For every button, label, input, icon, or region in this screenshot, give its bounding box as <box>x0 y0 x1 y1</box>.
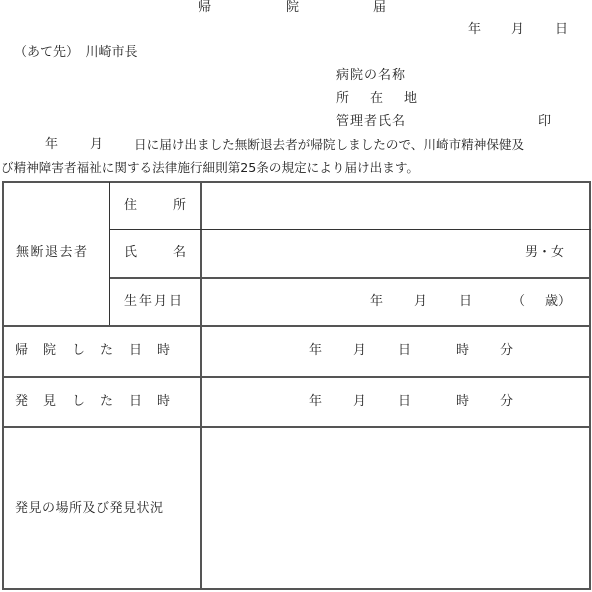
sex-options[interactable]: 男・女 <box>525 245 564 261</box>
month-label: 月 <box>511 22 524 38</box>
return-datetime-field[interactable] <box>203 327 589 375</box>
label-char: 見 <box>43 394 56 410</box>
label-char: 発 <box>15 394 28 410</box>
day-label: 日 <box>555 22 568 38</box>
label-char: し <box>72 343 85 359</box>
year-label: 年 <box>468 22 481 38</box>
address-label-char: 住 <box>124 198 137 214</box>
month-label: 月 <box>353 394 366 410</box>
address-label-char: 所 <box>173 198 186 214</box>
hour-label: 時 <box>456 343 469 359</box>
body-text-line2: び精神障害者福祉に関する法律施行細則第25条の規定により届け出ます。 <box>1 160 419 176</box>
label-char: 在 <box>370 91 383 107</box>
label-char: 院 <box>43 343 56 359</box>
hospital-name-label: 病院の名称 <box>336 68 406 84</box>
year-label: 年 <box>309 394 322 410</box>
age-open-paren: （ <box>512 294 525 310</box>
seal-mark: 印 <box>538 114 551 130</box>
hour-label: 時 <box>456 394 469 410</box>
birthdate-label: 生年月日 <box>124 294 184 310</box>
birthdate-field[interactable] <box>203 279 589 324</box>
birth-year-label: 年 <box>370 294 383 310</box>
address-field[interactable] <box>203 183 589 228</box>
divider <box>200 182 202 590</box>
found-datetime-field[interactable] <box>203 378 589 425</box>
addressee: （あて先） 川崎市長 <box>14 45 138 61</box>
discovery-place-field[interactable] <box>203 428 589 588</box>
label-char: 帰 <box>15 343 28 359</box>
birth-day-label: 日 <box>459 294 472 310</box>
body-month-label: 月 <box>90 137 103 153</box>
divider <box>110 229 591 230</box>
label-char: 地 <box>404 91 417 107</box>
day-label: 日 <box>398 343 411 359</box>
label-char: 時 <box>157 343 170 359</box>
absconder-label: 無断退去者 <box>16 245 89 261</box>
age-label: 歳） <box>545 294 571 310</box>
label-char: た <box>100 343 113 359</box>
label-char: 日 <box>129 394 142 410</box>
divider <box>109 182 110 326</box>
title-char: 院 <box>286 0 299 16</box>
discovery-place-label: 発見の場所及び発見状況 <box>15 501 164 517</box>
body-text-line1: 日に届け出ました無断退去者が帰院しましたので、川崎市精神保健及 <box>134 137 524 153</box>
minute-label: 分 <box>500 343 513 359</box>
year-label: 年 <box>309 343 322 359</box>
label-char: 時 <box>157 394 170 410</box>
title-char: 帰 <box>198 0 211 16</box>
month-label: 月 <box>353 343 366 359</box>
birth-month-label: 月 <box>414 294 427 310</box>
label-char: 所 <box>336 91 349 107</box>
day-label: 日 <box>398 394 411 410</box>
label-char: た <box>100 394 113 410</box>
manager-name-label: 管理者氏名 <box>336 114 406 130</box>
minute-label: 分 <box>500 394 513 410</box>
body-year-label: 年 <box>45 137 58 153</box>
label-char: 日 <box>129 343 142 359</box>
title-char: 届 <box>373 0 386 16</box>
name-label-char: 氏 <box>124 245 137 261</box>
label-char: し <box>72 394 85 410</box>
name-label-char: 名 <box>173 245 186 261</box>
